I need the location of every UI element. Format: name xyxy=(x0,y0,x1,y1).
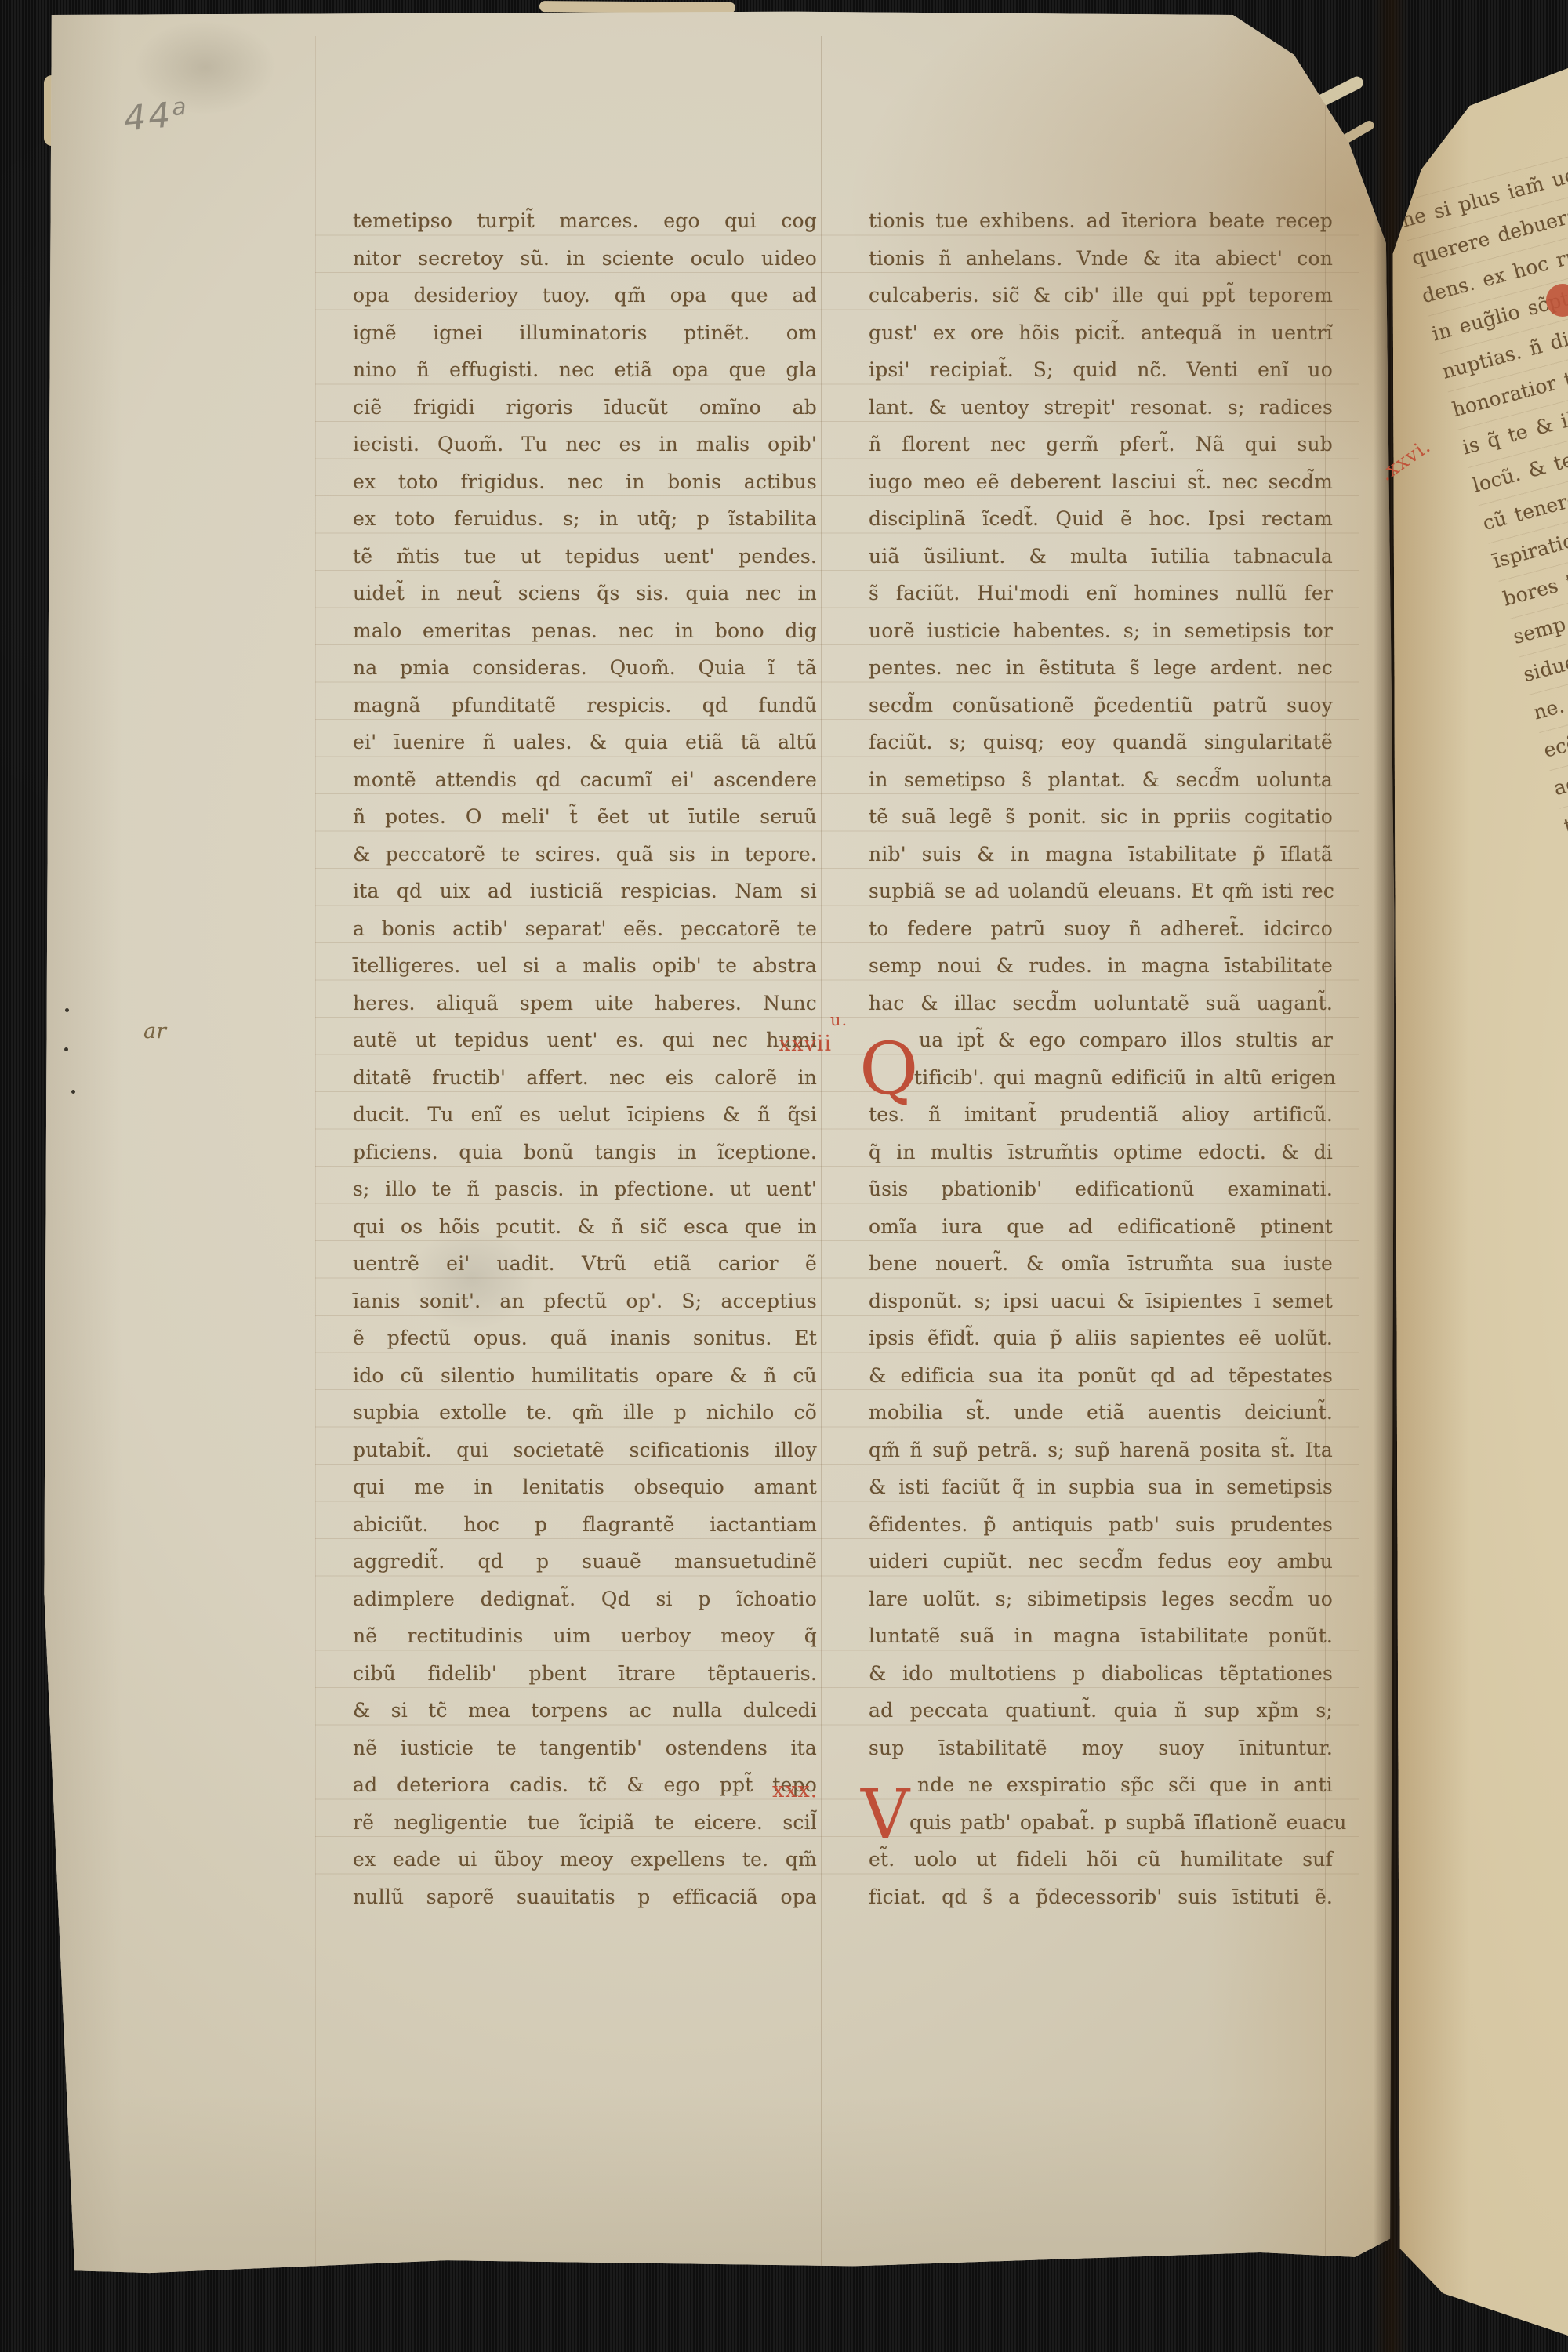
rubricated-initial-V: V xyxy=(861,1781,909,1849)
manuscript-line: ẽfidentes. p̃ antiquis patb' suis pruden… xyxy=(869,1506,1333,1544)
manuscript-line: ẽ pfectũ opus. quã inanis sonitus. Et xyxy=(353,1319,817,1357)
manuscript-line: ditatẽ fructib' affert. nec eis calorẽ i… xyxy=(353,1059,817,1097)
manuscript-line: ipsi' recipiat̃. S; quid nc̃. Venti enĩ … xyxy=(869,351,1333,389)
manuscript-line: tẽ suã legẽ s̃ ponit. sic in ppriis cogi… xyxy=(869,798,1333,836)
pricking-hole xyxy=(64,1047,68,1051)
manuscript-line: uidet̃ in neut̃ sciens q̃s sis. quia nec… xyxy=(353,575,817,612)
manuscript-line: ñ potes. O meli' t̃ ẽet ut īutile seruũ xyxy=(353,798,817,836)
manuscript-line: luntatẽ suã in magna īstabilitate ponũt. xyxy=(869,1617,1333,1655)
manuscript-line: nde ne exspiratio sp̃c sc̃i que in anti xyxy=(869,1766,1333,1804)
manuscript-line: autẽ ut tepidus uent' es. qui nec humi xyxy=(353,1022,817,1059)
manuscript-line: to federe patrũ suoy ñ adheret̃. idcirco xyxy=(869,910,1333,948)
text-column-2: tionis tue exhibens. ad īteriora beate r… xyxy=(869,202,1333,1915)
chapter-mark-xxx: xxx. xyxy=(772,1778,818,1802)
manuscript-line: malo emeritas penas. nec in bono dig xyxy=(353,612,817,650)
manuscript-line: heres. aliquã spem uite haberes. Nunc xyxy=(353,985,817,1022)
manuscript-line: semp noui & rudes. in magna īstabilitate xyxy=(869,947,1333,985)
pricking-hole xyxy=(71,1090,75,1094)
manuscript-line: ītelligeres. uel si a malis opib' te abs… xyxy=(353,947,817,985)
manuscript-line: abiciũt. hoc p flagrantẽ iactantiam xyxy=(353,1506,817,1544)
chapter-mark-superscript-u: u. xyxy=(830,1011,848,1029)
manuscript-line: mobilia st̃. unde etiã auentis deiciunt̃… xyxy=(869,1394,1333,1432)
vertical-ruling xyxy=(858,36,858,2267)
manuscript-line: ipsis ẽfidt̃. quia p̃ aliis sapientes eẽ… xyxy=(869,1319,1333,1357)
manuscript-line: adimplere dedignat̃. Qd si p ĩchoatio xyxy=(353,1581,817,1618)
margin-note-ar: ar xyxy=(143,1019,166,1044)
manuscript-line: et̃. uolo ut fideli hõi cũ humilitate su… xyxy=(869,1841,1333,1878)
manuscript-line: aggredit̃. qd p suauẽ mansuetudinẽ xyxy=(353,1543,817,1581)
manuscript-line: pficiens. quia bonũ tangis in ĩceptione. xyxy=(353,1134,817,1171)
manuscript-line: ciẽ frigidi rigoris īducũt omĩno ab xyxy=(353,389,817,426)
manuscript-line: montẽ attendis qd cacumĩ ei' ascendere xyxy=(353,761,817,799)
manuscript-line: pentes. nec in ẽstituta s̃ lege ardent. … xyxy=(869,649,1333,687)
manuscript-main-page: 44a ar temetipso turpit̃ marces. ego qui… xyxy=(41,5,1396,2275)
manuscript-line: supbiã se ad uolandũ eleuans. Et qm̃ ist… xyxy=(869,873,1333,910)
manuscript-line: omĩa iura que ad edificationẽ ptinent xyxy=(869,1208,1333,1246)
vertical-ruling xyxy=(821,36,822,2267)
manuscript-line: ex eade ui ũboy meoy expellens te. qm̃ xyxy=(353,1841,817,1878)
manuscript-line: bene nouert̃. & omĩa īstrum̃ta sua iuste xyxy=(869,1245,1333,1283)
manuscript-line: nitor secretoy sũ. in sciente oculo uide… xyxy=(353,240,817,278)
manuscript-line: ficiat. qd s̃ a p̃decessorib' suis īstit… xyxy=(869,1878,1333,1916)
chapter-mark-xxvii: xxvii xyxy=(779,1032,832,1056)
manuscript-line: ignẽ ignei illuminatoris ptinẽt. om xyxy=(353,314,817,352)
manuscript-line: quis patb' opabat̃. p supbã īflationẽ eu… xyxy=(869,1804,1333,1842)
page-edge-strip xyxy=(539,1,735,13)
manuscript-line: q̃ in multis īstrum̃tis optime edocti. &… xyxy=(869,1134,1333,1171)
manuscript-line: disciplinã ĩcedt̃. Quid ẽ hoc. Ipsi rect… xyxy=(869,500,1333,538)
manuscript-line: qui me in lenitatis obsequio amant xyxy=(353,1468,817,1506)
manuscript-line: iugo meo eẽ deberent lasciui st̃. nec se… xyxy=(869,463,1333,501)
manuscript-line: & ido multotiens p diabolicas tẽptatione… xyxy=(869,1655,1333,1693)
manuscript-right-page: ne si plus iam̃ uolquerere debuerat. pde… xyxy=(1389,0,1568,2352)
manuscript-line: iecisti. Quom̃. Tu nec es in malis opib' xyxy=(353,426,817,463)
manuscript-line: nino ñ effugisti. nec etiã opa que gla xyxy=(353,351,817,389)
manuscript-line: nib' suis & in magna īstabilitate p̃ īfl… xyxy=(869,836,1333,873)
manuscript-line: uiã ũsiliunt. & multa īutilia tabnacula xyxy=(869,538,1333,575)
manuscript-line: ei' īuenire ñ uales. & quia etiã tã altũ xyxy=(353,724,817,761)
manuscript-line: nẽ rectitudinis uim uerboy meoy q̃ xyxy=(353,1617,817,1655)
manuscript-line: qui os hõis pcutit. & ñ sic̃ esca que in xyxy=(353,1208,817,1246)
manuscript-line: tionis ñ anhelans. Vnde & ita abiect' co… xyxy=(869,240,1333,278)
manuscript-line: cibũ fidelib' pbent ītrare tẽptaueris. xyxy=(353,1655,817,1693)
vertical-ruling xyxy=(1359,36,1359,2267)
manuscript-line: magnã pfunditatẽ respicis. qd fundũ xyxy=(353,687,817,724)
manuscript-line: & isti faciũt q̃ in supbia sua in semeti… xyxy=(869,1468,1333,1506)
manuscript-line: uorẽ iusticie habentes. s; in semetipsis… xyxy=(869,612,1333,650)
manuscript-line: temetipso turpit̃ marces. ego qui cog xyxy=(353,202,817,240)
manuscript-line: tẽ m̃tis tue ut tepidus uent' pendes. xyxy=(353,538,817,575)
manuscript-line: rẽ negligentie tue ĩcipiã te eicere. sci… xyxy=(353,1804,817,1842)
manuscript-line: ducit. Tu enĩ es uelut īcipiens & ñ q̃si xyxy=(353,1096,817,1134)
manuscript-line: ñ florent nec germ̃ pfert̃. Nã qui sub xyxy=(869,426,1333,463)
manuscript-line: & edificia sua ita ponũt qd ad tẽpestate… xyxy=(869,1357,1333,1395)
manuscript-line: s; illo te ñ pascis. in pfectione. ut ue… xyxy=(353,1171,817,1208)
manuscript-line: s̃ faciũt. Hui'modi enĩ homines nullũ fe… xyxy=(869,575,1333,612)
right-page-text: ne si plus iam̃ uolquerere debuerat. pde… xyxy=(1397,115,1568,1944)
manuscript-line: hac & illac secd̃m uoluntatẽ suã uagant̃… xyxy=(869,985,1333,1022)
folio-suffix: a xyxy=(171,93,190,122)
manuscript-line: gust' ex ore hõis picit̃. antequã in uen… xyxy=(869,314,1333,352)
vertical-ruling xyxy=(315,36,316,2267)
manuscript-line: ita qd uix ad iusticiã respicias. Nam si xyxy=(353,873,817,910)
manuscript-line: lare uolũt. s; sibimetipsis leges secd̃m… xyxy=(869,1581,1333,1618)
manuscript-line: qm̃ ñ sup̃ petrã. s; sup̃ harenã posita … xyxy=(869,1432,1333,1469)
manuscript-line: secd̃m conũsationẽ p̃cedentiũ patrũ suoy xyxy=(869,687,1333,724)
manuscript-line: nẽ iusticie te tangentib' ostendens ita xyxy=(353,1730,817,1767)
manuscript-line: īanis sonit'. an pfectũ op'. S; acceptiu… xyxy=(353,1283,817,1320)
manuscript-line: tificib'. qui magnũ edificiũ in altũ eri… xyxy=(869,1059,1333,1097)
manuscript-line: uentrẽ ei' uadit. Vtrũ etiã carior ẽ xyxy=(353,1245,817,1283)
manuscript-line: ex toto feruidus. s; in utq̃; p ĩstabili… xyxy=(353,500,817,538)
folio-number: 44a xyxy=(122,93,191,139)
manuscript-line: ũsis pbationib' edificationũ examinati. xyxy=(869,1171,1333,1208)
manuscript-line: culcaberis. sic̃ & cib' ille qui ppt̃ te… xyxy=(869,277,1333,314)
manuscript-line: tes. ñ imitant̃ prudentiã alioy artificũ… xyxy=(869,1096,1333,1134)
manuscript-line: putabit̃. qui societatẽ scificationis il… xyxy=(353,1432,817,1469)
manuscript-line: ad deteriora cadis. tc̃ & ego ppt̃ tepo xyxy=(353,1766,817,1804)
manuscript-line: nullũ saporẽ suauitatis p efficaciã opa xyxy=(353,1878,817,1916)
manuscript-line: a bonis actib' separat' eẽs. peccatorẽ t… xyxy=(353,910,817,948)
manuscript-line: sup īstabilitatẽ moy suoy īnituntur. xyxy=(869,1730,1333,1767)
vertical-ruling xyxy=(343,36,343,2267)
manuscript-line: na pmia consideras. Quom̃. Quia ĩ tã xyxy=(353,649,817,687)
manuscript-line: faciũt. s; quisq; eoy quandã singularita… xyxy=(869,724,1333,761)
manuscript-line: ex toto frigidus. nec in bonis actibus xyxy=(353,463,817,501)
manuscript-line: ua ipt̃ & ego comparo illos stultis ar xyxy=(869,1022,1333,1059)
manuscript-line: ad peccata quatiunt̃. quia ñ sup xp̃m s; xyxy=(869,1692,1333,1730)
manuscript-line: ido cũ silentio humilitatis opare & ñ cũ xyxy=(353,1357,817,1395)
manuscript-line: & si tc̃ mea torpens ac nulla dulcedi xyxy=(353,1692,817,1730)
manuscript-line: & peccatorẽ te scires. quã sis in tepore… xyxy=(353,836,817,873)
manuscript-line: supbia extolle te. qm̃ ille p nichilo cõ xyxy=(353,1394,817,1432)
manuscript-line: lant. & uentoy strepit' resonat. s; radi… xyxy=(869,389,1333,426)
text-column-1: temetipso turpit̃ marces. ego qui cognit… xyxy=(353,202,817,1915)
manuscript-line: tionis tue exhibens. ad īteriora beate r… xyxy=(869,202,1333,240)
manuscript-line: opa desiderioy tuoy. qm̃ opa que ad xyxy=(353,277,817,314)
rubricated-initial-Q: Q xyxy=(859,1033,918,1105)
manuscript-line: uideri cupiũt. nec secd̃m fedus eoy ambu xyxy=(869,1543,1333,1581)
pricking-hole xyxy=(65,1008,69,1012)
manuscript-line: disponũt. s; ipsi uacui & īsipientes ī s… xyxy=(869,1283,1333,1320)
manuscript-line: in semetipso s̃ plantat. & secd̃m uolunt… xyxy=(869,761,1333,799)
